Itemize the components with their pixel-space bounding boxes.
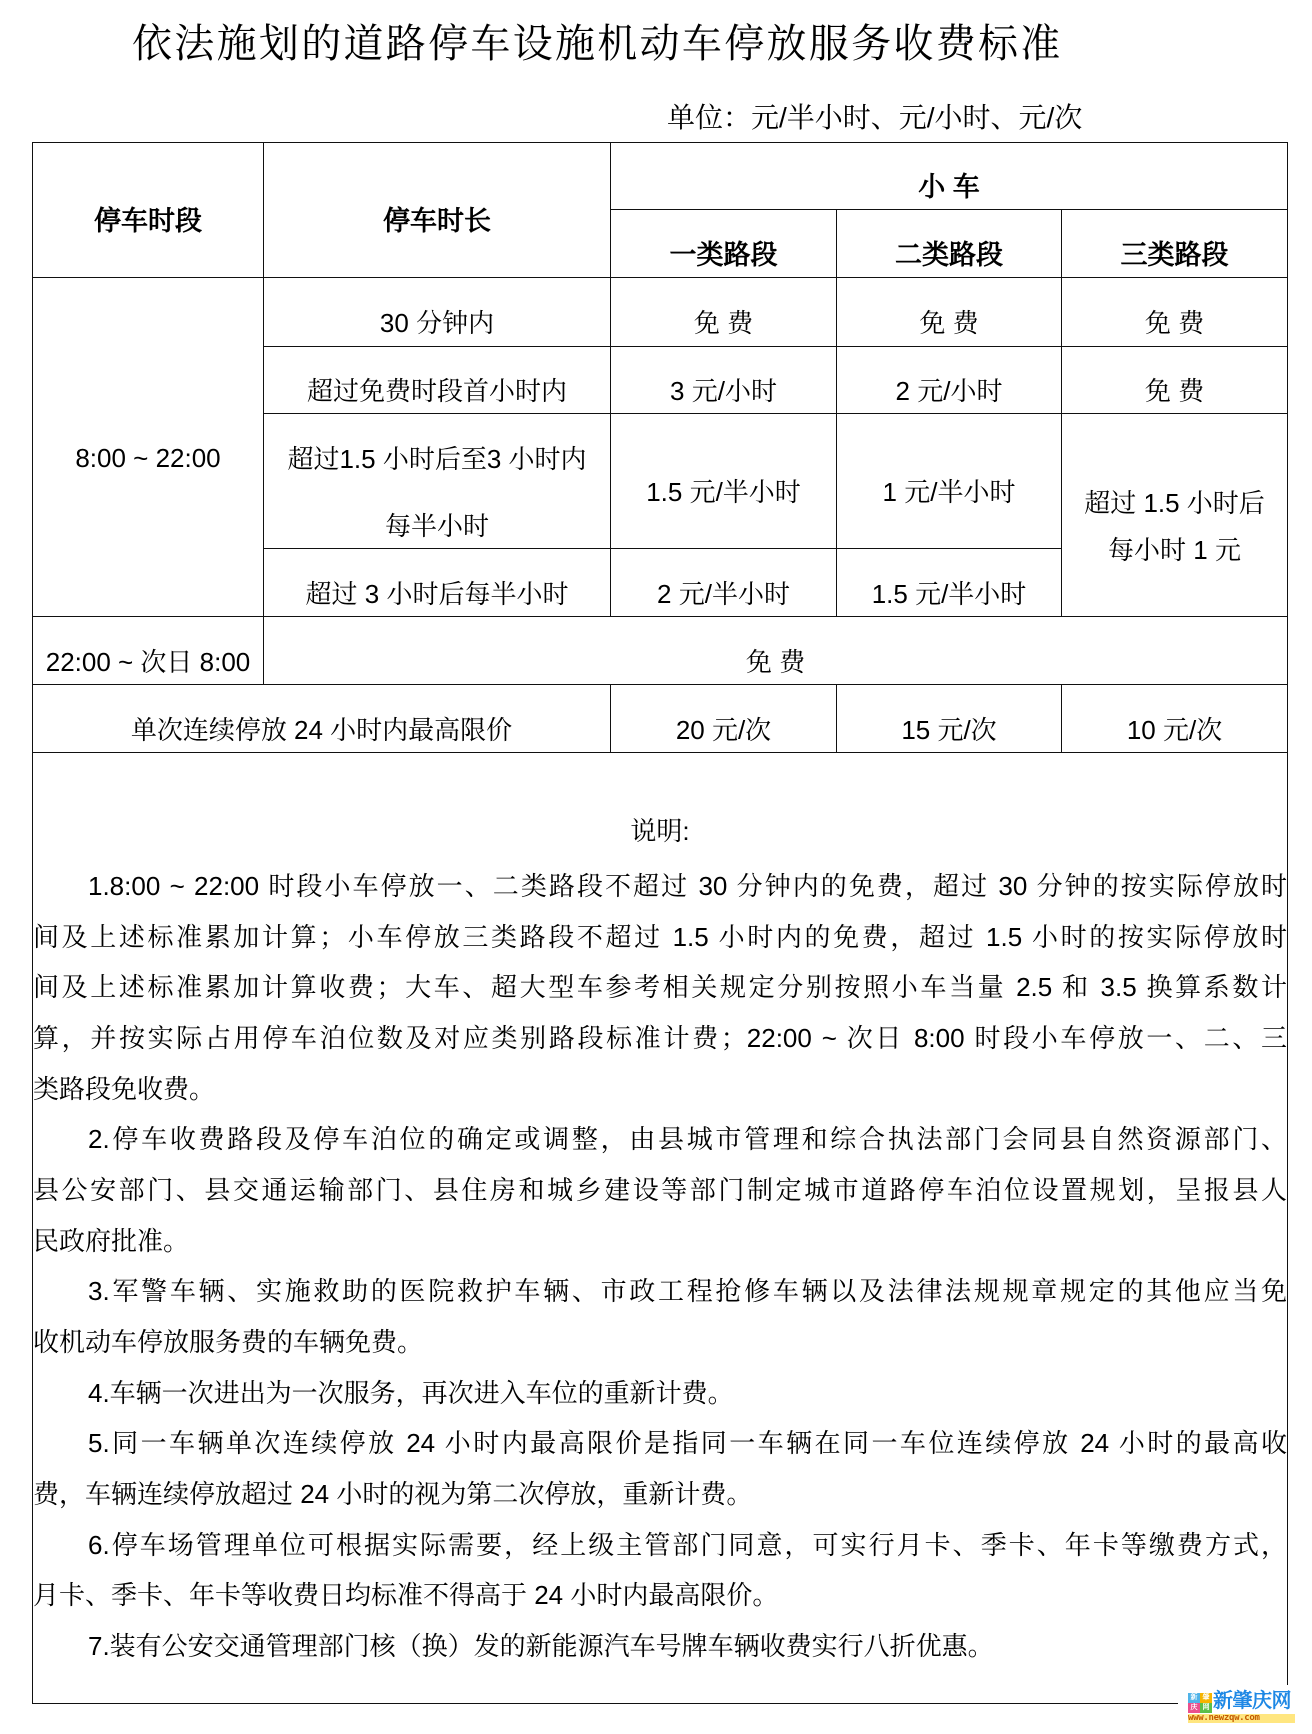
header-road-class-3: 三类路段 [1062, 210, 1288, 278]
duration-cell: 超过 3 小时后每半小时 [264, 549, 611, 617]
nighttime-fee-cell: 免 费 [264, 617, 1288, 685]
header-road-class-2: 二类路段 [837, 210, 1062, 278]
duration-text: 超过 3 小时后每半小时 [264, 579, 610, 609]
fee-cell-class3: 免 费 [1062, 278, 1288, 347]
fee-cell-class1: 3 元/小时 [611, 347, 837, 414]
duration-cell: 30 分钟内 [264, 278, 611, 347]
note-item-1: 1.8:00 ~ 22:00 时段小车停放一、二类路段不超过 30 分钟内的免费… [33, 861, 1287, 1114]
note-item-2: 2.停车收费路段及停车泊位的确定或调整，由县城市管理和综合执法部门会同县自然资源… [33, 1114, 1287, 1266]
unit-note: 单位：元/半小时、元/小时、元/次 [667, 100, 1082, 136]
duration-text: 超过免费时段首小时内 [264, 376, 610, 406]
note-line: 月卡、季卡、年卡等收费日均标准不得高于 24 小时内最高限价。 [33, 1570, 1287, 1621]
note-item-5: 5.同一车辆单次连续停放 24 小时内最高限价是指同一车辆在同一车位连续停放 2… [33, 1418, 1287, 1519]
site-watermark: 新 肇 庆 网 新肇庆网 www.newzqw.com [1178, 1685, 1312, 1734]
notes-cell: 说明: 1.8:00 ~ 22:00 时段小车停放一、二类路段不超过 30 分钟… [33, 753, 1288, 1704]
logo-square: 庆 [1188, 1703, 1200, 1713]
fee-cell-class3-after-1-5h: 超过 1.5 小时后 每小时 1 元 [1062, 414, 1288, 617]
daytime-period-cell: 8:00 ~ 22:00 [33, 278, 264, 617]
note-item-3: 3.军警车辆、实施救助的医院救护车辆、市政工程抢修车辆以及法律法规规章规定的其他… [33, 1266, 1287, 1367]
fee-cell-class2: 1 元/半小时 [837, 414, 1062, 549]
header-vehicle-type: 小 车 [611, 143, 1288, 210]
daily-cap-label: 单次连续停放 24 小时内最高限价 [33, 685, 611, 753]
header-duration: 停车时长 [264, 143, 611, 278]
watermark-logo-icon: 新 肇 庆 网 [1188, 1693, 1212, 1713]
duration-cell: 超过1.5 小时后至3 小时内 每半小时 [264, 414, 611, 549]
fee-cell-class2: 1.5 元/半小时 [837, 549, 1062, 617]
note-item-7: 7.装有公安交通管理部门核（换）发的新能源汽车号牌车辆收费实行八折优惠。 [33, 1621, 1287, 1672]
duration-text: 30 分钟内 [264, 308, 610, 338]
note-line: 县公安部门、县交通运输部门、县住房和城乡建设等部门制定城市道路停车泊位设置规划，… [33, 1165, 1287, 1216]
notes-list: 1.8:00 ~ 22:00 时段小车停放一、二类路段不超过 30 分钟内的免费… [33, 861, 1287, 1672]
logo-square: 肇 [1200, 1693, 1212, 1703]
daily-cap-row: 单次连续停放 24 小时内最高限价 20 元/次 15 元/次 10 元/次 [33, 685, 1288, 753]
daily-cap-class3: 10 元/次 [1062, 685, 1288, 753]
note-line: 6.停车场管理单位可根据实际需要，经上级主管部门同意，可实行月卡、季卡、年卡等缴… [33, 1520, 1287, 1571]
daily-cap-class2: 15 元/次 [837, 685, 1062, 753]
fee-cell-class3: 免 费 [1062, 347, 1288, 414]
note-line: 5.同一车辆单次连续停放 24 小时内最高限价是指同一车辆在同一车位连续停放 2… [33, 1418, 1287, 1469]
class3-text-line-1: 超过 1.5 小时后 [1062, 488, 1287, 518]
table-row: 8:00 ~ 22:00 30 分钟内 免 费 免 费 免 费 [33, 278, 1288, 347]
note-line: 费，车辆连续停放超过 24 小时的视为第二次停放，重新计费。 [33, 1469, 1287, 1520]
logo-square: 新 [1188, 1693, 1200, 1703]
nighttime-row: 22:00 ~ 次日 8:00 免 费 [33, 617, 1288, 685]
nighttime-period-cell: 22:00 ~ 次日 8:00 [33, 617, 264, 685]
document-title: 依法施划的道路停车设施机动车停放服务收费标准 [132, 20, 1063, 68]
note-line: 类路段免收费。 [33, 1064, 1287, 1115]
logo-square: 网 [1200, 1703, 1212, 1713]
duration-text-line-1: 超过1.5 小时后至3 小时内 [264, 444, 610, 474]
note-item-6: 6.停车场管理单位可根据实际需要，经上级主管部门同意，可实行月卡、季卡、年卡等缴… [33, 1520, 1287, 1621]
watermark-site-name: 新肇庆网 [1213, 1689, 1291, 1713]
fee-cell-class1: 2 元/半小时 [611, 549, 837, 617]
note-line: 间及上述标准累加计算；小车停放三类路段不超过 1.5 小时内的免费，超过 1.5… [33, 912, 1287, 963]
fee-cell-class2: 2 元/小时 [837, 347, 1062, 414]
document-page: 依法施划的道路停车设施机动车停放服务收费标准 单位：元/半小时、元/小时、元/次… [0, 0, 1312, 1734]
notes-label: 说明: [33, 806, 1287, 857]
note-line: 算，并按实际占用停车泊位数及对应类别路段标准计费；22:00 ~ 次日 8:00… [33, 1013, 1287, 1064]
note-line: 收机动车停放服务费的车辆免费。 [33, 1317, 1287, 1368]
note-line: 3.军警车辆、实施救助的医院救护车辆、市政工程抢修车辆以及法律法规规章规定的其他… [33, 1266, 1287, 1317]
duration-text-line-2: 每半小时 [264, 511, 610, 541]
note-line: 4.车辆一次进出为一次服务，再次进入车位的重新计费。 [33, 1368, 1287, 1419]
class3-text-line-2: 每小时 1 元 [1062, 535, 1287, 565]
watermark-site-url: www.newzqw.com [1188, 1714, 1295, 1723]
fee-cell-class2: 免 费 [837, 278, 1062, 347]
header-road-class-1: 一类路段 [611, 210, 837, 278]
fee-cell-class1: 免 费 [611, 278, 837, 347]
note-line: 7.装有公安交通管理部门核（换）发的新能源汽车号牌车辆收费实行八折优惠。 [33, 1621, 1287, 1672]
notes-row: 说明: 1.8:00 ~ 22:00 时段小车停放一、二类路段不超过 30 分钟… [33, 753, 1288, 1704]
fee-standard-table: 停车时段 停车时长 小 车 一类路段 二类路段 三类路段 8:00 ~ 22:0… [32, 142, 1288, 1704]
note-item-4: 4.车辆一次进出为一次服务，再次进入车位的重新计费。 [33, 1368, 1287, 1419]
fee-cell-class1: 1.5 元/半小时 [611, 414, 837, 549]
header-period: 停车时段 [33, 143, 264, 278]
note-line: 1.8:00 ~ 22:00 时段小车停放一、二类路段不超过 30 分钟内的免费… [33, 861, 1287, 912]
daily-cap-class1: 20 元/次 [611, 685, 837, 753]
note-line: 2.停车收费路段及停车泊位的确定或调整，由县城市管理和综合执法部门会同县自然资源… [33, 1114, 1287, 1165]
header-row-1: 停车时段 停车时长 小 车 [33, 143, 1288, 210]
note-line: 民政府批准。 [33, 1216, 1287, 1267]
note-line: 间及上述标准累加计算收费；大车、超大型车参考相关规定分别按照小车当量 2.5 和… [33, 962, 1287, 1013]
duration-cell: 超过免费时段首小时内 [264, 347, 611, 414]
